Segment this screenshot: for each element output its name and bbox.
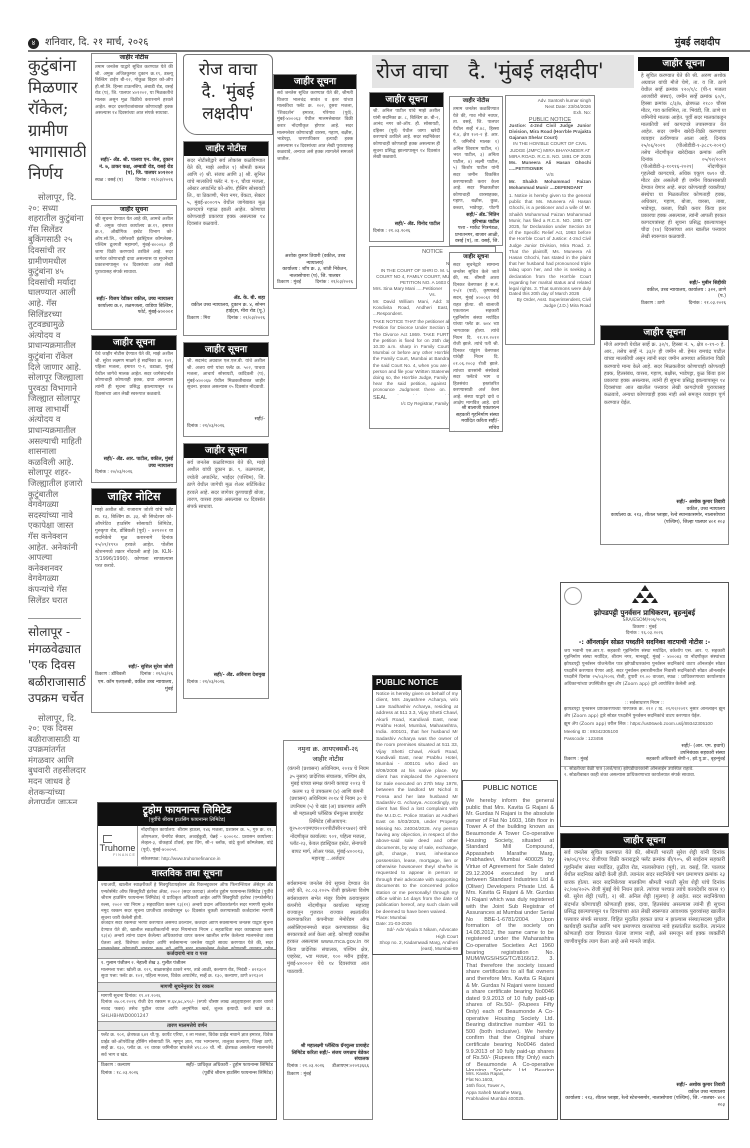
notice-title: जाहीर नोटीस xyxy=(95,54,173,63)
notice-address: कार्यालय क्र. २१३, शीतल प्लाझा, रेल्वे स… xyxy=(601,513,728,526)
notice-place: ठिकाण : मुंबई xyxy=(277,280,301,286)
notice-date: दिनांक : २१.०३.२०२६ xyxy=(287,1064,324,1070)
notice-footer: ठिकाण : मिरादिनांक : २१/०३/२०२६ xyxy=(184,316,268,324)
notice-din: डीआयएन:०२०१३६६६ xyxy=(332,1064,369,1070)
sra-meeting-id-line: Meeting ID : 89342305100 xyxy=(561,729,728,736)
notice-date: दिनांक : २१/०३/२०२६ xyxy=(315,280,353,286)
notice-place: ठिकाण : डोंबिवली xyxy=(95,672,126,678)
notice-signature: सही/- ॲड. विनोद पाटील xyxy=(370,222,443,229)
masthead-paper-name: मुंबई लक्षदीप xyxy=(675,36,720,50)
news-headline: सोलापूर - मंगळवेढ्यात 'एक दिवस बळीराजासा… xyxy=(28,624,86,707)
table-row: १. गुलाम पंजीतन २. नेहाली शेख ३. गुलीत प… xyxy=(98,958,276,982)
notice-date: दिनांक : २१/०३/२०२६ xyxy=(187,680,225,686)
notice-title: जाहीर सूचना xyxy=(638,57,729,71)
notice-body: येथे जाहीर नोटीस देण्यात येते की, माझे अ… xyxy=(92,350,176,457)
truhome-notice: ट्रूहोम फायनान्स लिमिटेड (पूर्वीचे श्रीर… xyxy=(97,802,277,1120)
promo-banner: रोज वाचा दै. 'मुंबई लक्षदीप' xyxy=(372,55,634,88)
notice-title: जाहीर सूचना xyxy=(92,336,176,350)
notice-col3-top: जाहीर नोटीस सदर नोटीसीद्वारे सर्व लोकांस… xyxy=(183,141,269,336)
truhome-sign: सही/- प्राधिकृत अधिकारी - ट्रूहोम फायनान… xyxy=(186,1063,273,1069)
truhome-section-title: वास्तविक ताबा सूचना xyxy=(98,867,276,881)
notice-footer: दिनांक : २०/०३/२०२६ xyxy=(92,470,176,478)
truhome-office-info: नोंदणीकृत कार्यालय: श्रीराम हाऊस, १४६ मज… xyxy=(138,826,276,866)
truhome-table: कर्जदाराचे नाव व पत्ता १. गुलाम पंजीतन २… xyxy=(98,949,276,1061)
page-number-badge: ४ xyxy=(28,38,39,49)
notice-date: दिनांक : २१/०३/२०२६ xyxy=(187,424,225,430)
truhome-company-banner: ट्रूहोम फायनान्स लिमिटेड (पूर्वीचे श्रीर… xyxy=(98,803,276,826)
notice-footer: ठिकाण : ठाणेदिनांक : २१.०३.२०२६ xyxy=(638,301,729,309)
notice-address: एम. कॉम एलएलबी, वकील उच्च न्यायालय, मुंब… xyxy=(92,680,176,693)
sra-passcode-line: Passcode : 123456 xyxy=(561,736,728,745)
table-cell: फ्लॅट क्र. १०१, क्षेत्रफळ ६४१ चौ.फू. कार… xyxy=(101,1033,273,1059)
notice-title: जाहिर नोटिस xyxy=(92,489,176,505)
notice-col4-b-left: जाहीर सूचना श्री. अनिल पाटील यांचे माझे … xyxy=(369,92,444,242)
news-article-1: कुटुंबांना मिळणार रॉकेल; ग्रामीण भागासाठ… xyxy=(28,55,86,605)
truhome-website-label: संकेतस्थळ: xyxy=(141,857,160,862)
notice-title: जाहीर नोटीस xyxy=(450,97,502,105)
promo-line-3: लक्षदीप' xyxy=(184,103,272,125)
notice-place: स्थळ : वसई (प) xyxy=(95,178,123,184)
promo-line-1: रोज वाचा xyxy=(184,59,272,81)
sra-logo-block xyxy=(582,585,707,607)
notice-petitioner: Ms. Muneera Ali Hasan Ghochi .....PETITI… xyxy=(506,160,594,172)
notice-footer: दिनांक : २१.०३.२०२६डीआयएन:०२०१३६६६ xyxy=(284,1064,372,1072)
notice-col4-a: जाहीर सूचना सर्व जनतेस सूचित करण्यात येत… xyxy=(273,74,357,289)
news-divider xyxy=(28,618,81,619)
notice-footer: ठिकाण : मुंबईदिनांक : २१/०३/२०२६ xyxy=(274,280,356,288)
truhome-date: दिनांक : १८.०३.२०२६ xyxy=(101,1071,138,1077)
sra-passcode-label: Passcode : xyxy=(564,736,587,741)
truhome-reg-office: नोंदणीकृत कार्यालय: श्रीराम हाऊस, १४६ मज… xyxy=(138,826,276,856)
notice-address: कार्यालय : शॉप क्र. ३, शांती निकेतन, नाल… xyxy=(274,267,356,280)
notice-title: जाहीर सूचना xyxy=(561,834,728,848)
notice-col5-kavita: PUBLIC NOTICE We hereby inform the gener… xyxy=(462,780,558,1120)
notice-body: We hereby inform the general public that… xyxy=(463,796,557,1071)
notice-signature: सही/- ॲड. आर. पाटील, वकील, मुंबई उच्च न्… xyxy=(92,457,176,470)
notice-signature: ॲड. के. बी. शहा xyxy=(184,296,268,303)
truhome-sign-2: (पूर्वीचे श्रीराम हाउसिंग फायनान्स लिमिट… xyxy=(202,1071,273,1077)
notice-justice: Justice: 4-2nd Civil Judge Junior Divisi… xyxy=(506,123,594,142)
notice-footer: दिनांक : २१.०३.२०२६ xyxy=(370,229,443,237)
notice-body: सर्व जनतेस सूचित करण्यात येते की, श्रीमत… xyxy=(274,89,356,254)
notice-title: जाहीर सूचना xyxy=(450,253,502,261)
news-body-text: : एक दिवस बळीराजासाठी या उपक्रमांतर्गत म… xyxy=(28,723,86,804)
notice-body: श्री. अनिल पाटील यांचे माझे अशील यांनी स… xyxy=(370,107,443,222)
notice-signature: सही/- अशोक कुमार तिवारी xyxy=(601,500,728,507)
truhome-header-row: Truhome FINANCE नोंदणीकृत कार्यालय: श्री… xyxy=(98,826,276,867)
truhome-website-line: संकेतस्थळ: http://www.truhomefinance.in xyxy=(138,856,276,866)
notice-signature: सही/- ॲड. नितिन हरिभाऊ पाटील xyxy=(450,213,502,226)
sra-note-2: २. सोडतीबाबत काही शंका असल्यास प्राधिकरण… xyxy=(561,773,728,782)
truhome-company-sub: (पूर्वीचे श्रीराम हाउसिंग फायनान्स लिमिट… xyxy=(98,817,276,824)
notice-col2-d: जाहिर नोटिस माझे अशील श्री. राजाराम जोशी… xyxy=(91,488,177,713)
notice-signature: सही/- xyxy=(184,417,268,424)
sra-notice: झोपडपट्टी पुनर्वसन प्राधिकरण, बृहन्मुंबई… xyxy=(560,582,729,827)
masthead-date: शनिवार, दि. २१ मार्च, २०२६ xyxy=(45,36,148,50)
notice-date: दिनांक : २१.०३.२०२६ xyxy=(373,229,410,235)
notice-body: मौजे आगाशी येथील सर्व्हे क्र. ३२/१, हिस्… xyxy=(601,340,728,500)
sra-zoom-link[interactable]: https://us06web.zoom.us/j/89342305100 xyxy=(630,721,713,726)
sra-zoom-link-label: झूम ॲप (Zoom app) वरील लिंक : xyxy=(564,722,629,727)
news-article-2: सोलापूर - मंगळवेढ्यात 'एक दिवस बळीराजासा… xyxy=(28,624,86,804)
notice-col2-b: जाहीर सूचना येथे सूचना देण्यात येत आहे क… xyxy=(91,205,177,330)
news-body-text: : सध्या शहरातील कुटुंबांना गॅस सिलेंडर ब… xyxy=(28,203,83,605)
notice-date: दिनांक : २०/०३/२०२६ xyxy=(95,470,133,476)
sra-body: जय भवानी एस.आर.ए. सहकारी गृहनिर्माण संस्… xyxy=(561,647,728,701)
notice-title: नमुना क्र. आयएक्सबी-२६ xyxy=(284,744,372,754)
notice-col5-public-court: Adv. Santosh kumar singh Next Date: 23/0… xyxy=(505,95,595,345)
notice-title: जाहीर सूचना xyxy=(184,343,268,357)
notice-body: सर्व जनतेस सूचित करण्यात येते की, श्रीमत… xyxy=(561,848,728,1083)
notice-date: दिनांक : २१/०३/२०२६ xyxy=(135,178,173,184)
notice-col6-top: जाहीर सूचना हे सूचित करण्यात येते की श्र… xyxy=(638,57,729,319)
news-body: सोलापूर, दि. २०: सध्या शहरातील कुटुंबांन… xyxy=(28,192,86,605)
notice-title: जाहीर सूचना xyxy=(601,326,728,340)
table-cell: दिनांक ०७.०१.२०२६ रोजी देय रक्कम रु.६४,७… xyxy=(101,1000,273,1020)
notice-footer: ठिकाण : डोंबिवलीदिनांक : २१/०३/२६ xyxy=(92,672,176,680)
truhome-logo: Truhome FINANCE xyxy=(98,826,138,866)
notice-signature: Sd/- Adv Vipula S Nikam, Advocate High C… xyxy=(373,927,461,939)
sra-logo-icon xyxy=(632,585,658,603)
notice-footer-2: ठिकाण : मुंबई xyxy=(284,1072,372,1080)
notice-signature: अशोक कुमार तिवारी (वकील, उच्च न्यायालय) xyxy=(274,254,356,267)
maharashtra-emblem-icon xyxy=(564,587,582,605)
notice-place: ठिकाण : मुंबई xyxy=(287,1072,311,1078)
sra-rules: झोपडपट्टी पुनर्वसन प्राधिकरणाच्या परिपत्… xyxy=(561,707,728,721)
table-cell: १. गुलाम पंजीतन २. नेहाली शेख ३. गुलीत प… xyxy=(101,961,273,968)
notice-footer: दिनांक : २१/०३/२०२६ xyxy=(184,424,268,432)
notice-address: पत्ता - मार्केट मित्रमंडळ, प्रभातनगर, बा… xyxy=(450,226,502,246)
truhome-company-name: ट्रूहोम फायनान्स लिमिटेड xyxy=(98,805,276,817)
notice-address: वकील उच्च न्यायालय, दुकान क्र. ४, सोनम ह… xyxy=(184,303,268,316)
notice-signature: सही/- ॲड. श्री. पालवा एन. जैस, दुकान नं.… xyxy=(92,158,176,178)
notice-footer: स्थळ : वसई (प)दिनांक : २१/०३/२०२६ xyxy=(92,178,176,186)
notice-col6-wide: जाहीर सूचना मौजे आगाशी येथील सर्व्हे क्र… xyxy=(600,325,729,545)
promo-line-2: दै. 'मुंबई xyxy=(184,81,272,103)
notice-signature: श्री बालाजी एकतारत्न सहकारी गृहनिर्माण स… xyxy=(450,406,502,432)
sra-rules-title: :: सर्वसाधारण नियम :: xyxy=(561,701,728,708)
truhome-body-2: कर्जदार सदर रकमेचा भरणा करण्यात असमर्थ ठ… xyxy=(98,921,276,949)
notice-footer: दिनांक : २१/०३/२०२६ xyxy=(184,680,268,688)
sra-meeting-id-label: Meeting ID : xyxy=(564,729,589,734)
notice-addr-line: Prabhadevi Mumbai 400025. xyxy=(463,1096,557,1102)
table-header: मागणी सूचनेनुसार देय रक्कम xyxy=(98,982,276,991)
notice-court: IN THE HON'BLE COURT OF CIVIL JUDGE (JMF… xyxy=(506,141,594,160)
notice-signature: By Order, Asst. Superintendent, Civil Ju… xyxy=(506,297,594,309)
sra-title: -: ऑनलाईन सोडत पध्दतीने सदनिका वाटपाची न… xyxy=(561,638,728,647)
notice-body: हे सूचित करण्यात येते की श्री. अरुण अशोक… xyxy=(638,71,729,281)
notice-body: तमाम जनतेस कळविण्यात येते की, गाव मौजे न… xyxy=(450,105,502,213)
notice-col5-n-main: जाहीर सूचना सदर सूचनेद्वारे सामान्य जनते… xyxy=(449,252,503,432)
notice-signature: सही/- मुबीन सिद्दीकी xyxy=(638,281,729,288)
notice-col6-bottom: जाहीर सूचना सर्व जनतेस सूचित करण्यात येत… xyxy=(560,833,729,1120)
news-headline: कुटुंबांना मिळणार रॉकेल; ग्रामीण भागासाठ… xyxy=(28,55,86,184)
notice-title: PUBLIC NOTICE xyxy=(463,781,557,796)
sra-org: झोपडपट्टी पुनर्वसन प्राधिकरण, बृहन्मुंबई xyxy=(561,609,728,618)
notice-address: वकील, उच्च न्यायालय, कार्यालय : ३२२, ठाण… xyxy=(638,288,729,301)
notice-place: ठिकाण : मिरा xyxy=(187,316,210,322)
notice-body: 1. Notice is hereby given to the general… xyxy=(506,191,594,291)
notice-col5-nm: जाहीर नोटीस तमाम जनतेस कळविण्यात येते की… xyxy=(449,96,503,246)
truhome-place: ठिकाण : कल्याण xyxy=(101,1063,130,1069)
notice-date: दिनांक : २१/०३/२०२६ xyxy=(227,316,265,322)
notice-body: तमाम जनतेस याद्वारे सूचित करण्यात येते क… xyxy=(92,63,176,158)
notice-body-2: सर्वसामान्य जनतेस येथे सूचना देण्यात येत… xyxy=(284,879,372,1044)
notice-defendant: Mr. Shaikh Mohammad Faizan Mohammad Muni… xyxy=(506,179,594,191)
notice-col3-d: नमुना क्र. आयएक्सबी-२६ जाहीर नोटीस (कंपन… xyxy=(283,740,373,1120)
notice-signature: श्री महालक्ष्मी प्लॅस्टिक ग्रॅनयुल्स प्र… xyxy=(284,1044,372,1064)
notice-body: Notice is hereby given on behalf of my c… xyxy=(373,690,461,915)
promo-box-small: रोज वाचा दै. 'मुंबई लक्षदीप' xyxy=(183,54,273,135)
table-row: मागणी सूचना दिनांक: १९.०१.२०२६ दिनांक ०७… xyxy=(98,991,276,1021)
notice-adv: Adv. Santosh kumar singh xyxy=(506,96,594,104)
notice-date: दिनांक : २१/०३/२६ xyxy=(140,672,173,678)
notice-place: ठिकाण : ठाणे xyxy=(641,301,665,307)
notice-body: सदर नोटीसीद्वारे सर्व लोकांस कळविण्यात य… xyxy=(184,156,268,296)
truhome-website[interactable]: http://www.truhomefinance.in xyxy=(161,856,220,861)
notice-subtitle: जाहीर नोटीस xyxy=(284,754,372,764)
notice-col2-c: जाहीर सूचना येथे जाहीर नोटीस देण्यात येत… xyxy=(91,335,177,483)
notice-title: जाहीर सूचना xyxy=(370,93,443,107)
sra-footer: ठिकाण : मुंबईसहकारी अधिकारी श्रेणी-१, झो… xyxy=(561,757,728,765)
notice-signature: सही/- अशोक कुमार तिवारी xyxy=(561,1083,728,1090)
sra-signature: सही/- (आर. एम. इथापे) xyxy=(561,744,728,751)
notice-col4-public: PUBLIC NOTICE Notice is hereby given on … xyxy=(372,675,462,955)
sra-zoom-link-line: झूम ॲप (Zoom app) वरील लिंक : https://us… xyxy=(561,721,728,729)
notice-body: सदर सूचनेद्वारे सामान्य जनतेस सूचित केले… xyxy=(450,261,502,406)
masthead-rule xyxy=(28,50,750,52)
notice-signature: सही/- सुशिल सुरेश जोशी xyxy=(92,665,176,672)
sra-sign-role-2: सहकारी अधिकारी श्रेणी-१, झो.पु.प्रा., बृ… xyxy=(646,757,725,763)
notice-address: कार्यालय क्र.२, तळमजला, वाडिया बिल्डिंग,… xyxy=(92,304,176,317)
sra-date: दिनांक : १६.०३.२०२६ xyxy=(561,631,728,638)
notice-date: दिनांक : २१.०३.२०२६ xyxy=(689,301,726,307)
notice-address: कार्यालय : २१३, शीतल प्लाझा, रेल्वे स्टे… xyxy=(561,1096,728,1109)
notice-body: श्री. सदानंद अग्रवाल एल.एल.बी. यांचे अशी… xyxy=(184,357,268,417)
sra-passcode: 123456 xyxy=(588,736,603,741)
notice-body: सर्व जनतेस कळविण्यात येते की, माझे अशील … xyxy=(184,458,268,673)
notice-address: Shop no. 2, Kadamwadi Marg, Andheri (eas… xyxy=(373,940,461,952)
sra-meeting-id: 89342305100 xyxy=(590,729,618,734)
news-body: सोलापूर, दि. २०: एक दिवस बळीराजासाठी या … xyxy=(28,713,86,805)
notice-col2-top: जाहीर नोटीस तमाम जनतेस याद्वारे सूचित कर… xyxy=(91,53,177,200)
truhome-body: ज्याअर्थी, खालील स्वाक्षरीकर्ते हे सिक्य… xyxy=(98,881,276,921)
notice-signature: सही/- विजय रेडीकर वकील, उच्च न्यायालय xyxy=(92,297,176,304)
truhome-logo-sub: FINANCE xyxy=(113,853,136,857)
sra-ref: SRA/ESOM/२०६/२०२६ xyxy=(561,618,728,625)
notice-signature: सही/- ॲड. अविनाश देशमुख xyxy=(184,673,268,680)
notice-title: जाहीर सूचना xyxy=(95,206,173,215)
sra-footer-place: ठिकाण : मुंबई xyxy=(564,757,588,763)
truhome-footer-2: दिनांक : १८.०३.२०२६ (पूर्वीचे श्रीराम हा… xyxy=(98,1071,276,1079)
table-row: फ्लॅट क्र. १०१, क्षेत्रफळ ६४१ चौ.फू. कार… xyxy=(98,1030,276,1060)
table-cell: सुधा पत्ता: फ्लॅट क्र. १०१, पहिला मजला, … xyxy=(101,974,273,981)
sra-header xyxy=(561,583,728,609)
notice-col3-c: जाहीर सूचना सर्व जनतेस कळविण्यात येते की… xyxy=(183,443,269,699)
notice-body: (कंपनी (प्रशासन) अधिनियम, २०१४ चे नियम ३… xyxy=(284,764,372,879)
notice-body: येथे सूचना देण्यात येत आहे की, आमचे अशील… xyxy=(92,215,176,297)
notice-body: माझे अशील श्री. राजाराम जोशी यांचे फ्लॅट… xyxy=(92,505,176,665)
notice-col3-b: जाहीर सूचना श्री. सदानंद अग्रवाल एल.एल.ब… xyxy=(183,342,269,437)
notice-title: जाहीर नोटीस xyxy=(184,142,268,156)
table-header: तारण मालमत्तेचे वर्णन xyxy=(98,1021,276,1030)
table-header: कर्जदाराचे नाव व पत्ता xyxy=(98,949,276,958)
notice-title: जाहीर सूचना xyxy=(274,75,356,89)
truhome-logo-text: Truhome xyxy=(100,843,136,853)
truhome-footer: ठिकाण : कल्याण सही/- प्राधिकृत अधिकारी -… xyxy=(98,1061,276,1071)
notice-title: जाहीर सूचना xyxy=(184,444,268,458)
notice-title: PUBLIC NOTICE xyxy=(373,676,461,690)
truhome-logo-mark xyxy=(103,835,112,843)
